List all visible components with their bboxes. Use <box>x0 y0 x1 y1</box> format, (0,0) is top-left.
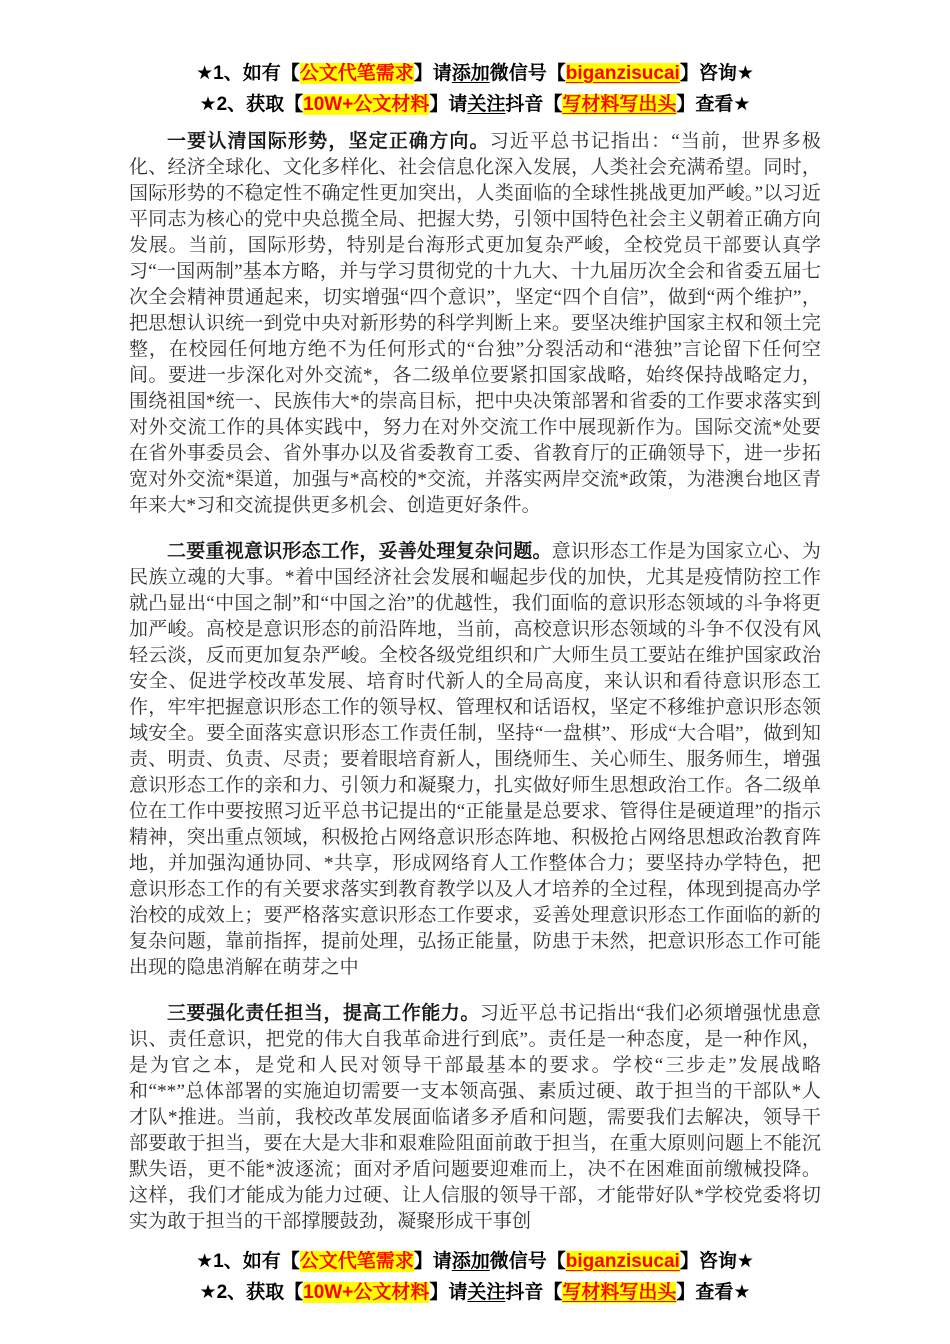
promo-text: ★2、获取【 <box>200 1282 304 1303</box>
promo-text: 】咨询★ <box>680 1251 754 1272</box>
paragraph-1-text: 习近平总书记指出：“当前，世界多极化、经济全球化、文化多样化、社会信息化深入发展… <box>129 131 821 516</box>
promo-text: 】请 <box>429 1282 467 1303</box>
paragraph-3: 三要强化责任担当，提高工作能力。习近平总书记指出“我们必须增强忧患意识、责任意识… <box>129 1001 821 1235</box>
promo-text: 】查看★ <box>676 94 750 115</box>
underlined-action: 关注 <box>467 94 505 115</box>
paragraph-2-heading: 二要重视意识形态工作，妥善处理复杂问题。 <box>167 541 552 562</box>
paragraph-1: 一要认清国际形势，坚定正确方向。习近平总书记指出：“当前，世界多极化、经济全球化… <box>129 129 821 519</box>
promo-text: 】请 <box>429 94 467 115</box>
highlighted-keyword: 10W+公文材料 <box>303 94 429 115</box>
paragraph-2-text: 意识形态工作是为国家立心、为民族立魂的大事。*着中国经济社会发展和崛起步伐的加快… <box>129 541 821 978</box>
document-body: 一要认清国际形势，坚定正确方向。习近平总书记指出：“当前，世界多极化、经济全球化… <box>129 129 821 1235</box>
promo-banner-top: ★1、如有【公文代笔需求】请添加微信号【biganzisucai】咨询★ ★2、… <box>129 58 821 120</box>
promo-text: 】查看★ <box>676 1282 750 1303</box>
promo-line-1: ★1、如有【公文代笔需求】请添加微信号【biganzisucai】咨询★ <box>129 1246 821 1277</box>
promo-text: 】请 <box>414 63 452 84</box>
promo-banner-bottom: ★1、如有【公文代笔需求】请添加微信号【biganzisucai】咨询★ ★2、… <box>129 1246 821 1308</box>
wechat-account: biganzisucai <box>566 63 680 84</box>
promo-text: ★1、如有【 <box>196 63 300 84</box>
paragraph-3-heading: 三要强化责任担当，提高工作能力。 <box>167 1003 480 1024</box>
douyin-account: 写材料写出头 <box>562 1282 676 1303</box>
document-page: ★1、如有【公文代笔需求】请添加微信号【biganzisucai】咨询★ ★2、… <box>0 0 950 1344</box>
promo-text: 】请 <box>414 1251 452 1272</box>
promo-text: 抖音【 <box>505 1282 562 1303</box>
paragraph-1-heading: 一要认清国际形势，坚定正确方向。 <box>167 131 490 152</box>
promo-text: 微信号【 <box>490 63 566 84</box>
promo-line-2: ★2、获取【10W+公文材料】请关注抖音【写材料写出头】查看★ <box>129 1277 821 1308</box>
paragraph-2: 二要重视意识形态工作，妥善处理复杂问题。意识形态工作是为国家立心、为民族立魂的大… <box>129 539 821 981</box>
promo-text: 抖音【 <box>505 94 562 115</box>
wechat-account: biganzisucai <box>566 1251 680 1272</box>
promo-line-1: ★1、如有【公文代笔需求】请添加微信号【biganzisucai】咨询★ <box>129 58 821 89</box>
underlined-action: 添加 <box>452 1251 490 1272</box>
promo-text: 微信号【 <box>490 1251 566 1272</box>
underlined-action: 关注 <box>467 1282 505 1303</box>
highlighted-keyword: 公文代笔需求 <box>300 1251 414 1272</box>
highlighted-keyword: 公文代笔需求 <box>300 63 414 84</box>
highlighted-keyword: 10W+公文材料 <box>303 1282 429 1303</box>
promo-text: ★2、获取【 <box>200 94 304 115</box>
promo-text: 】咨询★ <box>680 63 754 84</box>
douyin-account: 写材料写出头 <box>562 94 676 115</box>
promo-text: ★1、如有【 <box>196 1251 300 1272</box>
underlined-action: 添加 <box>452 63 490 84</box>
promo-line-2: ★2、获取【10W+公文材料】请关注抖音【写材料写出头】查看★ <box>129 89 821 120</box>
paragraph-3-text: 习近平总书记指出“我们必须增强忧患意识、责任意识，把党的伟大自我革命进行到底”。… <box>129 1003 821 1232</box>
